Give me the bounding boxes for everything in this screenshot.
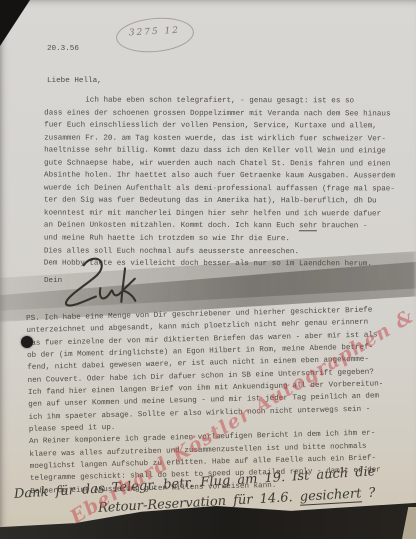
punch-hole (21, 336, 33, 348)
scanned-letter-page: 3275 12 20.3.56 Liebe Hella, ich habe eb… (0, 0, 416, 539)
body-line: gute Schnaepse habe, wir wuerden auch na… (44, 157, 409, 171)
body-line: haeltnisse sehr billig. Kommt dazu dass … (44, 145, 409, 159)
letter-body: ich habe eben schon telegrafiert, - gena… (44, 95, 409, 272)
body-line: dass eines der schoenen grossen Doppelzi… (44, 107, 409, 121)
body-line: fuer Euch einschliesslich der vollen Pen… (44, 120, 409, 134)
body-line: ich habe eben schon telegrafiert, - gena… (44, 95, 409, 109)
letter-salutation: Liebe Hella, (47, 77, 102, 85)
signature-zuck (53, 251, 153, 316)
body-line: koenntest mir mit mancherlei Dingen hier… (44, 207, 409, 221)
body-line: ter den Sig was fuer Bedeutung das in Am… (44, 195, 409, 209)
body-line-pre: an Deinen Unkosten mitzahlen. Kommt doch… (44, 222, 299, 231)
underlined-word-gesichert: gesichert (299, 486, 361, 505)
catalog-number: 3275 12 (129, 26, 181, 39)
body-line: wuerde ich Deinen Aufenthalt als demi-pr… (44, 182, 409, 196)
body-line: Absinthe holen. Ihr haettet also auch fu… (44, 170, 409, 184)
body-line-post: brauchen - (317, 223, 367, 231)
underlined-word-sehr: sehr (299, 223, 317, 232)
body-line: und meine Ruh haette ich trotzdem so wie… (44, 233, 409, 247)
note-post: ? (361, 486, 376, 502)
letter-date: 20.3.56 (47, 45, 79, 53)
body-line: zusammen Fr. 20. am Tag kosten wuerde, d… (44, 132, 409, 146)
body-line-with-underline: an Deinen Unkosten mitzahlen. Kommt doch… (44, 220, 409, 234)
